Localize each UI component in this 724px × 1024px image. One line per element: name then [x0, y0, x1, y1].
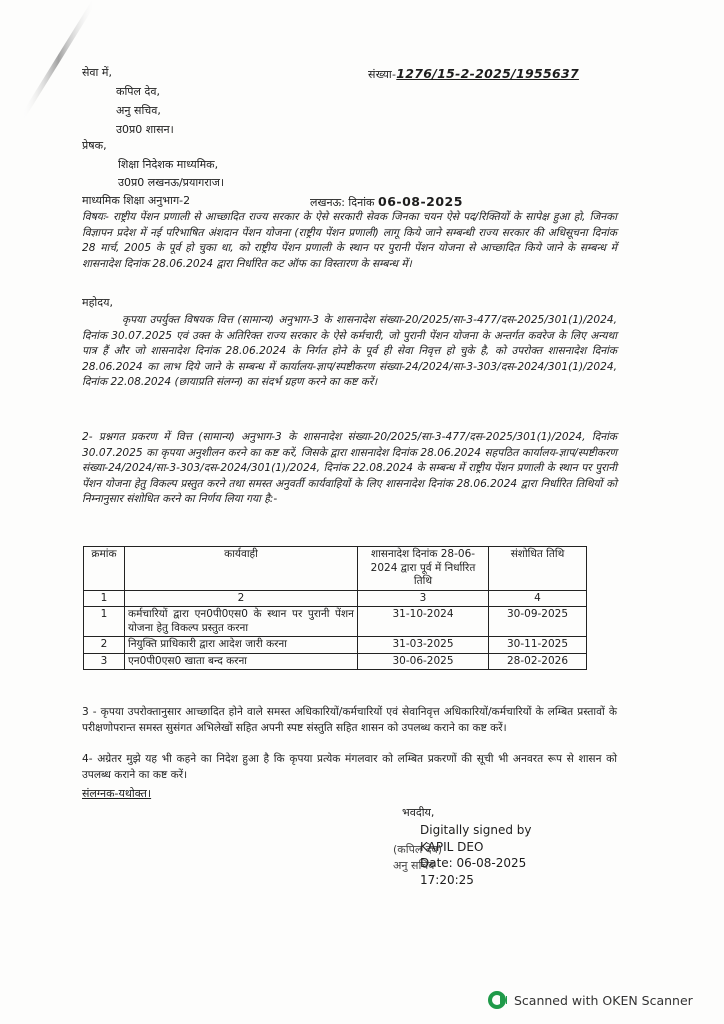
- paragraph-2: 2- प्रश्नगत प्रकरण में वित्त (सामान्य) अ…: [82, 430, 617, 508]
- row-sno: 2: [84, 637, 125, 654]
- from-line-title: शिक्षा निदेशक माध्यमिक,: [118, 158, 218, 172]
- header-old-date: शासनादेश दिनांक 28-06-2024 द्वारा पूर्व …: [358, 547, 489, 591]
- row-old-date: 31-03-2025: [358, 637, 489, 654]
- paragraph-4: 4- अग्रेतर मुझे यह भी कहने का निदेश हुआ …: [82, 752, 617, 783]
- row-sno: 1: [84, 607, 125, 637]
- reference-value: 1276/15-2-2025/1955637: [396, 66, 579, 81]
- scanner-watermark-text: Scanned with OKEN Scanner: [514, 993, 693, 1008]
- to-line-name: कपिल देव,: [116, 85, 160, 99]
- closing: भवदीय,: [402, 806, 434, 820]
- digital-signature-line-1: Digitally signed by: [420, 822, 532, 839]
- row-old-date: 31-10-2024: [358, 607, 489, 637]
- row-sno: 3: [84, 653, 125, 670]
- place-date-label: लखनऊ: दिनांक: [310, 196, 375, 209]
- row-new-date: 30-11-2025: [489, 637, 587, 654]
- row-action: नियुक्ति प्राधिकारी द्वारा आदेश जारी करन…: [125, 637, 358, 654]
- colnum-4: 4: [489, 590, 587, 607]
- row-action: कर्मचारियों द्वारा एन0पी0एस0 के स्थान पर…: [125, 607, 358, 637]
- table-row: 1 कर्मचारियों द्वारा एन0पी0एस0 के स्थान …: [84, 607, 587, 637]
- header-new-date: संशोधित तिथि: [489, 547, 587, 591]
- colnum-1: 1: [84, 590, 125, 607]
- colnum-3: 3: [358, 590, 489, 607]
- paragraph-3: 3 - कृपया उपरोक्तानुसार आच्छादित होने वा…: [82, 705, 617, 736]
- scanner-watermark: Scanned with OKEN Scanner: [488, 991, 693, 1009]
- table-row: 3 एन0पी0एस0 खाता बन्द करना 30-06-2025 28…: [84, 653, 587, 670]
- greeting: महोदय,: [82, 296, 113, 310]
- colnum-2: 2: [125, 590, 358, 607]
- row-action: एन0पी0एस0 खाता बन्द करना: [125, 653, 358, 670]
- digital-signature-line-3: Date: 06-08-2025: [420, 855, 532, 872]
- table-column-numbers-row: 1 2 3 4: [84, 590, 587, 607]
- to-line-title: अनु सचिव,: [116, 104, 161, 118]
- to-salutation: सेवा में,: [82, 66, 112, 80]
- paragraph-1: कृपया उपर्युक्त विषयक वित्त (सामान्य) अन…: [82, 313, 617, 391]
- digital-signature-line-4: 17:20:25: [420, 872, 532, 889]
- table-row: 2 नियुक्ति प्राधिकारी द्वारा आदेश जारी क…: [84, 637, 587, 654]
- enclosure: संलग्नक-यथोक्त।: [82, 787, 151, 801]
- header-sno: क्रमांक: [84, 547, 125, 591]
- place-date: लखनऊ: दिनांक 06-08-2025: [310, 194, 463, 210]
- from-line-office: उ0प्र0 लखनऊ/प्रयागराज।: [118, 176, 224, 190]
- digital-signature: Digitally signed by KAPIL DEO Date: 06-0…: [420, 822, 532, 888]
- to-line-office: उ0प्र0 शासन।: [116, 123, 174, 137]
- letter-date: 06-08-2025: [378, 194, 463, 209]
- table-header-row: क्रमांक कार्यवाही शासनादेश दिनांक 28-06-…: [84, 547, 587, 591]
- oken-logo-icon: [488, 991, 506, 1009]
- subject: विषयः- राष्ट्रीय पेंशन प्रणाली से आच्छाद…: [82, 210, 617, 272]
- digital-signature-line-2: KAPIL DEO: [420, 839, 532, 856]
- row-new-date: 28-02-2026: [489, 653, 587, 670]
- reference-label: संख्या-: [368, 68, 396, 81]
- section-name: माध्यमिक शिक्षा अनुभाग-2: [82, 194, 190, 208]
- reference-number: संख्या-1276/15-2-2025/1955637: [368, 66, 579, 82]
- from-label: प्रेषक,: [82, 139, 107, 153]
- header-action: कार्यवाही: [125, 547, 358, 591]
- row-old-date: 30-06-2025: [358, 653, 489, 670]
- dates-table: क्रमांक कार्यवाही शासनादेश दिनांक 28-06-…: [83, 546, 587, 670]
- row-new-date: 30-09-2025: [489, 607, 587, 637]
